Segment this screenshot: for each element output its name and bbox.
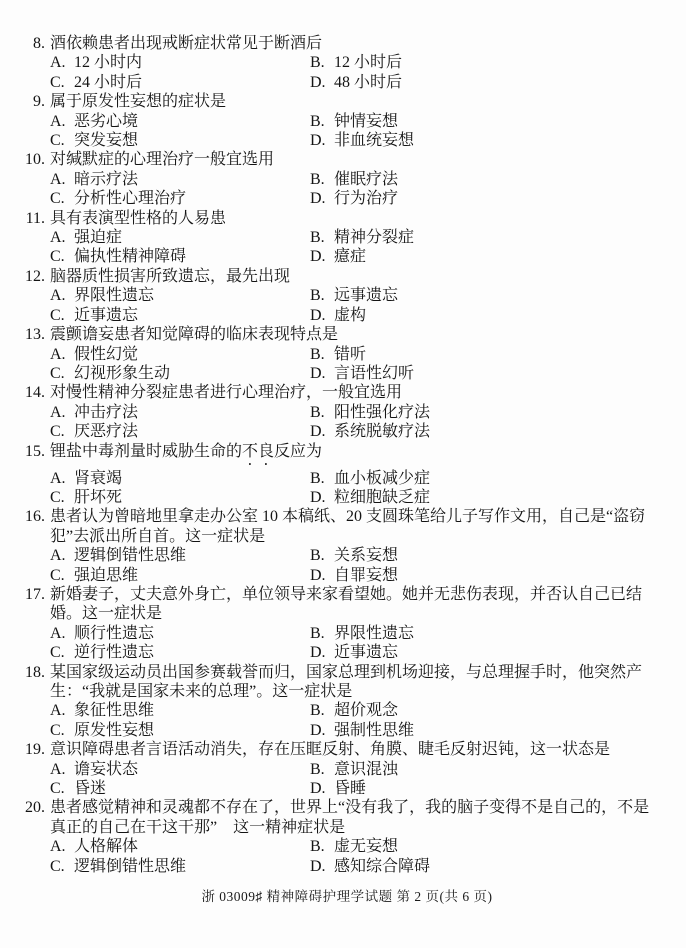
question-stem: 脑器质性损害所致遗忘，最先出现 xyxy=(50,267,650,286)
option-letter: B. xyxy=(310,53,334,72)
question-number: 9. xyxy=(20,92,45,111)
question-stem: 属于原发性妄想的症状是 xyxy=(50,92,650,111)
stem-text: 震颤谵妄患者知觉障碍的临床表现特点是 xyxy=(50,326,338,343)
option-text: 原发性妄想 xyxy=(74,721,154,740)
question-stem: 意识障碍患者言语活动消失，存在压眶反射、角膜、睫毛反射迟钝，这一状态是 xyxy=(50,740,650,759)
question-options: A. 12 小时内 B. 12 小时后 C. 24 小时后 D. 48 小时后 xyxy=(50,53,674,92)
option-letter: D. xyxy=(310,306,334,325)
option-letter: B. xyxy=(310,228,334,247)
question-options: A. 肾衰竭 B. 血小板减少症 C. 肝坏死 D. 粒细胞缺乏症 xyxy=(50,469,674,508)
option-text: 强迫思维 xyxy=(74,566,138,585)
option-text: 24 小时后 xyxy=(74,73,142,92)
question-stem-row: 16. 患者认为曾暗地里拿走办公室 10 本稿纸、20 支圆珠笔给儿子写作文用，… xyxy=(20,507,674,546)
option-letter: B. xyxy=(310,701,334,720)
option-letter: D. xyxy=(310,566,334,585)
answer-option: D. 粒细胞缺乏症 xyxy=(310,488,674,507)
question-stem-row: 8. 酒依赖患者出现戒断症状常见于断酒后 xyxy=(20,34,674,53)
option-text: 超价观念 xyxy=(334,701,398,720)
option-letter: B. xyxy=(310,624,334,643)
option-text: 谵妄状态 xyxy=(74,760,138,779)
question-item: 19. 意识障碍患者言语活动消失，存在压眶反射、角膜、睫毛反射迟钝，这一状态是 … xyxy=(20,740,674,798)
answer-option: B. 催眠疗法 xyxy=(310,170,674,189)
question-stem-row: 11. 具有表演型性格的人易患 xyxy=(20,209,674,228)
stem-text: 患者认为曾暗地里拿走办公室 10 本稿纸、20 支圆珠笔给儿子写作文用，自己是“… xyxy=(50,508,645,544)
question-number: 11. xyxy=(20,209,45,228)
option-letter: A. xyxy=(50,170,74,189)
answer-option: B. 错听 xyxy=(310,345,674,364)
question-stem-row: 12. 脑器质性损害所致遗忘，最先出现 xyxy=(20,267,674,286)
answer-option: C. 偏执性精神障碍 xyxy=(50,247,310,266)
exam-page: 8. 酒依赖患者出现戒断症状常见于断酒后 A. 12 小时内 B. 12 小时后… xyxy=(0,0,686,948)
option-text: 强迫症 xyxy=(74,228,122,247)
question-number: 8. xyxy=(20,34,45,53)
answer-option: D. 系统脱敏疗法 xyxy=(310,422,674,441)
answer-option: B. 超价观念 xyxy=(310,701,674,720)
option-text: 精神分裂症 xyxy=(334,228,414,247)
question-stem: 对缄默症的心理治疗一般宜选用 xyxy=(50,150,650,169)
question-stem: 对慢性精神分裂症患者进行心理治疗，一般宜选用 xyxy=(50,383,650,402)
answer-option: C. 强迫思维 xyxy=(50,566,310,585)
option-letter: D. xyxy=(310,189,334,208)
answer-option: D. 行为治疗 xyxy=(310,189,674,208)
option-text: 厌恶疗法 xyxy=(74,422,138,441)
question-number: 13. xyxy=(20,325,45,344)
option-text: 言语性幻听 xyxy=(334,364,414,383)
option-text: 催眠疗法 xyxy=(334,170,398,189)
option-text: 系统脱敏疗法 xyxy=(334,422,430,441)
stem-text: 锂盐中毒剂量时威胁生命的 xyxy=(50,443,242,460)
option-letter: A. xyxy=(50,624,74,643)
option-text: 逻辑倒错性思维 xyxy=(74,857,186,876)
question-stem-row: 10. 对缄默症的心理治疗一般宜选用 xyxy=(20,150,674,169)
answer-option: C. 肝坏死 xyxy=(50,488,310,507)
question-stem: 具有表演型性格的人易患 xyxy=(50,209,650,228)
stem-text: 新婚妻子，丈夫意外身亡，单位领导来家看望她。她并无悲伤表现，并否认自己已结婚。这… xyxy=(50,586,642,622)
answer-option: C. 分析性心理治疗 xyxy=(50,189,310,208)
option-letter: B. xyxy=(310,546,334,565)
option-text: 虚无妄想 xyxy=(334,837,398,856)
option-text: 感知综合障碍 xyxy=(334,857,430,876)
answer-option: A. 强迫症 xyxy=(50,228,310,247)
option-text: 癔症 xyxy=(334,247,366,266)
question-options: A. 暗示疗法 B. 催眠疗法 C. 分析性心理治疗 D. 行为治疗 xyxy=(50,170,674,209)
option-letter: A. xyxy=(50,546,74,565)
option-text: 血小板减少症 xyxy=(334,469,430,488)
option-letter: A. xyxy=(50,228,74,247)
option-letter: D. xyxy=(310,857,334,876)
question-stem: 患者感觉精神和灵魂都不存在了，世界上“没有我了，我的脑子变得不是自己的，不是真正… xyxy=(50,798,650,837)
page-footer: 浙 03009♯ 精神障碍护理学试题 第 2 页(共 6 页) xyxy=(20,885,674,905)
question-number: 18. xyxy=(20,663,45,682)
question-stem: 新婚妻子，丈夫意外身亡，单位领导来家看望她。她并无悲伤表现，并否认自己已结婚。这… xyxy=(50,585,650,624)
stem-text: 对慢性精神分裂症患者进行心理治疗，一般宜选用 xyxy=(50,384,402,401)
question-options: A. 恶劣心境 B. 钟情妄想 C. 突发妄想 D. 非血统妄想 xyxy=(50,112,674,151)
stem-text: 属于原发性妄想的症状是 xyxy=(50,93,226,110)
question-item: 9. 属于原发性妄想的症状是 A. 恶劣心境 B. 钟情妄想 C. 突发妄想 D… xyxy=(20,92,674,150)
option-text: 恶劣心境 xyxy=(74,112,138,131)
question-item: 10. 对缄默症的心理治疗一般宜选用 A. 暗示疗法 B. 催眠疗法 C. 分析… xyxy=(20,150,674,208)
option-text: 阳性强化疗法 xyxy=(334,403,430,422)
option-letter: A. xyxy=(50,286,74,305)
answer-option: A. 恶劣心境 xyxy=(50,112,310,131)
footer-text: 浙 03009♯ 精神障碍护理学试题 第 2 页(共 6 页) xyxy=(201,889,492,904)
answer-option: C. 逆行性遗忘 xyxy=(50,643,310,662)
answer-option: B. 精神分裂症 xyxy=(310,228,674,247)
question-item: 16. 患者认为曾暗地里拿走办公室 10 本稿纸、20 支圆珠笔给儿子写作文用，… xyxy=(20,507,674,585)
option-text: 12 小时内 xyxy=(74,53,142,72)
option-letter: B. xyxy=(310,837,334,856)
question-stem: 锂盐中毒剂量时威胁生命的不良反应为 xyxy=(50,442,650,469)
option-letter: D. xyxy=(310,422,334,441)
option-letter: A. xyxy=(50,760,74,779)
option-letter: C. xyxy=(50,131,74,150)
stem-text: 脑器质性损害所致遗忘，最先出现 xyxy=(50,268,290,285)
option-text: 象征性思维 xyxy=(74,701,154,720)
option-letter: B. xyxy=(310,403,334,422)
option-letter: C. xyxy=(50,189,74,208)
stem-text: 某国家级运动员出国参赛载誉而归，国家总理到机场迎接，与总理握手时，他突然产生：“… xyxy=(50,664,642,700)
question-stem-row: 14. 对慢性精神分裂症患者进行心理治疗，一般宜选用 xyxy=(20,383,674,402)
stem-text: 反应为 xyxy=(274,443,322,460)
option-text: 突发妄想 xyxy=(74,131,138,150)
question-stem: 患者认为曾暗地里拿走办公室 10 本稿纸、20 支圆珠笔给儿子写作文用，自己是“… xyxy=(50,507,650,546)
option-letter: C. xyxy=(50,73,74,92)
stem-text: 对缄默症的心理治疗一般宜选用 xyxy=(50,151,274,168)
option-text: 钟情妄想 xyxy=(334,112,398,131)
option-text: 自罪妄想 xyxy=(334,566,398,585)
option-letter: C. xyxy=(50,422,74,441)
option-letter: A. xyxy=(50,53,74,72)
question-options: A. 强迫症 B. 精神分裂症 C. 偏执性精神障碍 D. 癔症 xyxy=(50,228,674,267)
answer-option: C. 幻视形象生动 xyxy=(50,364,310,383)
answer-option: D. 自罪妄想 xyxy=(310,566,674,585)
option-letter: B. xyxy=(310,286,334,305)
stem-text: 患者感觉精神和灵魂都不存在了，世界上“没有我了，我的脑子变得不是自己的，不是真正… xyxy=(50,799,649,835)
answer-option: C. 逻辑倒错性思维 xyxy=(50,857,310,876)
answer-option: D. 48 小时后 xyxy=(310,73,674,92)
option-letter: D. xyxy=(310,779,334,798)
question-stem-row: 9. 属于原发性妄想的症状是 xyxy=(20,92,674,111)
option-text: 行为治疗 xyxy=(334,189,398,208)
stem-text: 具有表演型性格的人易患 xyxy=(50,210,226,227)
option-letter: D. xyxy=(310,721,334,740)
answer-option: A. 12 小时内 xyxy=(50,53,310,72)
answer-option: B. 意识混浊 xyxy=(310,760,674,779)
option-letter: A. xyxy=(50,112,74,131)
option-letter: B. xyxy=(310,760,334,779)
question-number: 17. xyxy=(20,585,45,604)
option-letter: C. xyxy=(50,857,74,876)
stem-emphasis: 不良 xyxy=(242,443,274,460)
question-options: A. 谵妄状态 B. 意识混浊 C. 昏迷 D. 昏睡 xyxy=(50,760,674,799)
option-text: 近事遗忘 xyxy=(334,643,398,662)
option-text: 假性幻觉 xyxy=(74,345,138,364)
answer-option: B. 关系妄想 xyxy=(310,546,674,565)
question-stem: 震颤谵妄患者知觉障碍的临床表现特点是 xyxy=(50,325,650,344)
answer-option: B. 钟情妄想 xyxy=(310,112,674,131)
option-text: 近事遗忘 xyxy=(74,306,138,325)
answer-option: A. 假性幻觉 xyxy=(50,345,310,364)
option-text: 远事遗忘 xyxy=(334,286,398,305)
option-text: 昏迷 xyxy=(74,779,106,798)
question-options: A. 逻辑倒错性思维 B. 关系妄想 C. 强迫思维 D. 自罪妄想 xyxy=(50,546,674,585)
option-letter: A. xyxy=(50,345,74,364)
option-text: 48 小时后 xyxy=(334,73,402,92)
question-item: 8. 酒依赖患者出现戒断症状常见于断酒后 A. 12 小时内 B. 12 小时后… xyxy=(20,34,674,92)
question-stem: 酒依赖患者出现戒断症状常见于断酒后 xyxy=(50,34,650,53)
option-text: 12 小时后 xyxy=(334,53,402,72)
option-text: 关系妄想 xyxy=(334,546,398,565)
question-number: 12. xyxy=(20,267,45,286)
question-number: 14. xyxy=(20,383,45,402)
option-letter: D. xyxy=(310,488,334,507)
option-letter: B. xyxy=(310,345,334,364)
answer-option: C. 近事遗忘 xyxy=(50,306,310,325)
option-letter: C. xyxy=(50,643,74,662)
option-letter: A. xyxy=(50,469,74,488)
answer-option: A. 冲击疗法 xyxy=(50,403,310,422)
option-letter: A. xyxy=(50,701,74,720)
answer-option: A. 逻辑倒错性思维 xyxy=(50,546,310,565)
option-letter: B. xyxy=(310,170,334,189)
question-stem: 某国家级运动员出国参赛载誉而归，国家总理到机场迎接，与总理握手时，他突然产生：“… xyxy=(50,663,650,702)
answer-option: D. 言语性幻听 xyxy=(310,364,674,383)
option-text: 昏睡 xyxy=(334,779,366,798)
option-text: 强制性思维 xyxy=(334,721,414,740)
answer-option: C. 24 小时后 xyxy=(50,73,310,92)
answer-option: B. 远事遗忘 xyxy=(310,286,674,305)
question-item: 15. 锂盐中毒剂量时威胁生命的不良反应为 A. 肾衰竭 B. 血小板减少症 C… xyxy=(20,442,674,508)
answer-option: B. 界限性遗忘 xyxy=(310,624,674,643)
question-stem-row: 15. 锂盐中毒剂量时威胁生命的不良反应为 xyxy=(20,442,674,469)
option-text: 暗示疗法 xyxy=(74,170,138,189)
question-options: A. 象征性思维 B. 超价观念 C. 原发性妄想 D. 强制性思维 xyxy=(50,701,674,740)
answer-option: A. 人格解体 xyxy=(50,837,310,856)
question-item: 14. 对慢性精神分裂症患者进行心理治疗，一般宜选用 A. 冲击疗法 B. 阳性… xyxy=(20,383,674,441)
answer-option: A. 谵妄状态 xyxy=(50,760,310,779)
question-stem-row: 19. 意识障碍患者言语活动消失，存在压眶反射、角膜、睫毛反射迟钝，这一状态是 xyxy=(20,740,674,759)
answer-option: C. 昏迷 xyxy=(50,779,310,798)
question-options: A. 界限性遗忘 B. 远事遗忘 C. 近事遗忘 D. 虚构 xyxy=(50,286,674,325)
option-text: 幻视形象生动 xyxy=(74,364,170,383)
question-number: 16. xyxy=(20,507,45,526)
question-options: A. 顺行性遗忘 B. 界限性遗忘 C. 逆行性遗忘 D. 近事遗忘 xyxy=(50,624,674,663)
answer-option: A. 肾衰竭 xyxy=(50,469,310,488)
option-letter: C. xyxy=(50,779,74,798)
stem-text: 意识障碍患者言语活动消失，存在压眶反射、角膜、睫毛反射迟钝，这一状态是 xyxy=(50,741,610,758)
question-stem-row: 13. 震颤谵妄患者知觉障碍的临床表现特点是 xyxy=(20,325,674,344)
question-list: 8. 酒依赖患者出现戒断症状常见于断酒后 A. 12 小时内 B. 12 小时后… xyxy=(20,34,674,876)
option-text: 虚构 xyxy=(334,306,366,325)
option-letter: D. xyxy=(310,73,334,92)
question-stem-row: 17. 新婚妻子，丈夫意外身亡，单位领导来家看望她。她并无悲伤表现，并否认自己已… xyxy=(20,585,674,624)
option-text: 肾衰竭 xyxy=(74,469,122,488)
option-text: 错听 xyxy=(334,345,366,364)
option-text: 顺行性遗忘 xyxy=(74,624,154,643)
answer-option: B. 血小板减少症 xyxy=(310,469,674,488)
question-number: 15. xyxy=(20,442,45,461)
option-text: 意识混浊 xyxy=(334,760,398,779)
option-letter: D. xyxy=(310,364,334,383)
option-letter: C. xyxy=(50,364,74,383)
option-text: 逆行性遗忘 xyxy=(74,643,154,662)
answer-option: C. 厌恶疗法 xyxy=(50,422,310,441)
option-letter: C. xyxy=(50,566,74,585)
option-text: 分析性心理治疗 xyxy=(74,189,186,208)
option-letter: C. xyxy=(50,721,74,740)
option-text: 冲击疗法 xyxy=(74,403,138,422)
question-stem-row: 20. 患者感觉精神和灵魂都不存在了，世界上“没有我了，我的脑子变得不是自己的，… xyxy=(20,798,674,837)
option-text: 人格解体 xyxy=(74,837,138,856)
stem-text: 酒依赖患者出现戒断症状常见于断酒后 xyxy=(50,35,322,52)
option-text: 界限性遗忘 xyxy=(334,624,414,643)
answer-option: B. 12 小时后 xyxy=(310,53,674,72)
answer-option: B. 虚无妄想 xyxy=(310,837,674,856)
option-text: 逻辑倒错性思维 xyxy=(74,546,186,565)
question-item: 20. 患者感觉精神和灵魂都不存在了，世界上“没有我了，我的脑子变得不是自己的，… xyxy=(20,798,674,876)
answer-option: C. 突发妄想 xyxy=(50,131,310,150)
answer-option: D. 强制性思维 xyxy=(310,721,674,740)
answer-option: A. 界限性遗忘 xyxy=(50,286,310,305)
question-number: 20. xyxy=(20,798,45,817)
question-item: 12. 脑器质性损害所致遗忘，最先出现 A. 界限性遗忘 B. 远事遗忘 C. … xyxy=(20,267,674,325)
answer-option: D. 非血统妄想 xyxy=(310,131,674,150)
option-letter: D. xyxy=(310,131,334,150)
option-text: 粒细胞缺乏症 xyxy=(334,488,430,507)
question-options: A. 假性幻觉 B. 错听 C. 幻视形象生动 D. 言语性幻听 xyxy=(50,345,674,384)
answer-option: B. 阳性强化疗法 xyxy=(310,403,674,422)
option-text: 非血统妄想 xyxy=(334,131,414,150)
option-text: 肝坏死 xyxy=(74,488,122,507)
answer-option: D. 感知综合障碍 xyxy=(310,857,674,876)
option-letter: C. xyxy=(50,247,74,266)
option-letter: B. xyxy=(310,469,334,488)
option-letter: A. xyxy=(50,837,74,856)
answer-option: C. 原发性妄想 xyxy=(50,721,310,740)
answer-option: A. 象征性思维 xyxy=(50,701,310,720)
question-item: 17. 新婚妻子，丈夫意外身亡，单位领导来家看望她。她并无悲伤表现，并否认自己已… xyxy=(20,585,674,663)
option-letter: C. xyxy=(50,306,74,325)
question-options: A. 人格解体 B. 虚无妄想 C. 逻辑倒错性思维 D. 感知综合障碍 xyxy=(50,837,674,876)
option-text: 界限性遗忘 xyxy=(74,286,154,305)
question-number: 10. xyxy=(20,150,45,169)
answer-option: D. 癔症 xyxy=(310,247,674,266)
option-letter: D. xyxy=(310,247,334,266)
option-letter: B. xyxy=(310,112,334,131)
question-options: A. 冲击疗法 B. 阳性强化疗法 C. 厌恶疗法 D. 系统脱敏疗法 xyxy=(50,403,674,442)
answer-option: D. 虚构 xyxy=(310,306,674,325)
question-item: 11. 具有表演型性格的人易患 A. 强迫症 B. 精神分裂症 C. 偏执性精神… xyxy=(20,209,674,267)
question-item: 13. 震颤谵妄患者知觉障碍的临床表现特点是 A. 假性幻觉 B. 错听 C. … xyxy=(20,325,674,383)
answer-option: A. 暗示疗法 xyxy=(50,170,310,189)
option-text: 偏执性精神障碍 xyxy=(74,247,186,266)
option-letter: D. xyxy=(310,643,334,662)
answer-option: D. 近事遗忘 xyxy=(310,643,674,662)
question-item: 18. 某国家级运动员出国参赛载誉而归，国家总理到机场迎接，与总理握手时，他突然… xyxy=(20,663,674,741)
question-number: 19. xyxy=(20,740,45,759)
option-letter: C. xyxy=(50,488,74,507)
answer-option: D. 昏睡 xyxy=(310,779,674,798)
option-letter: A. xyxy=(50,403,74,422)
answer-option: A. 顺行性遗忘 xyxy=(50,624,310,643)
question-stem-row: 18. 某国家级运动员出国参赛载誉而归，国家总理到机场迎接，与总理握手时，他突然… xyxy=(20,663,674,702)
